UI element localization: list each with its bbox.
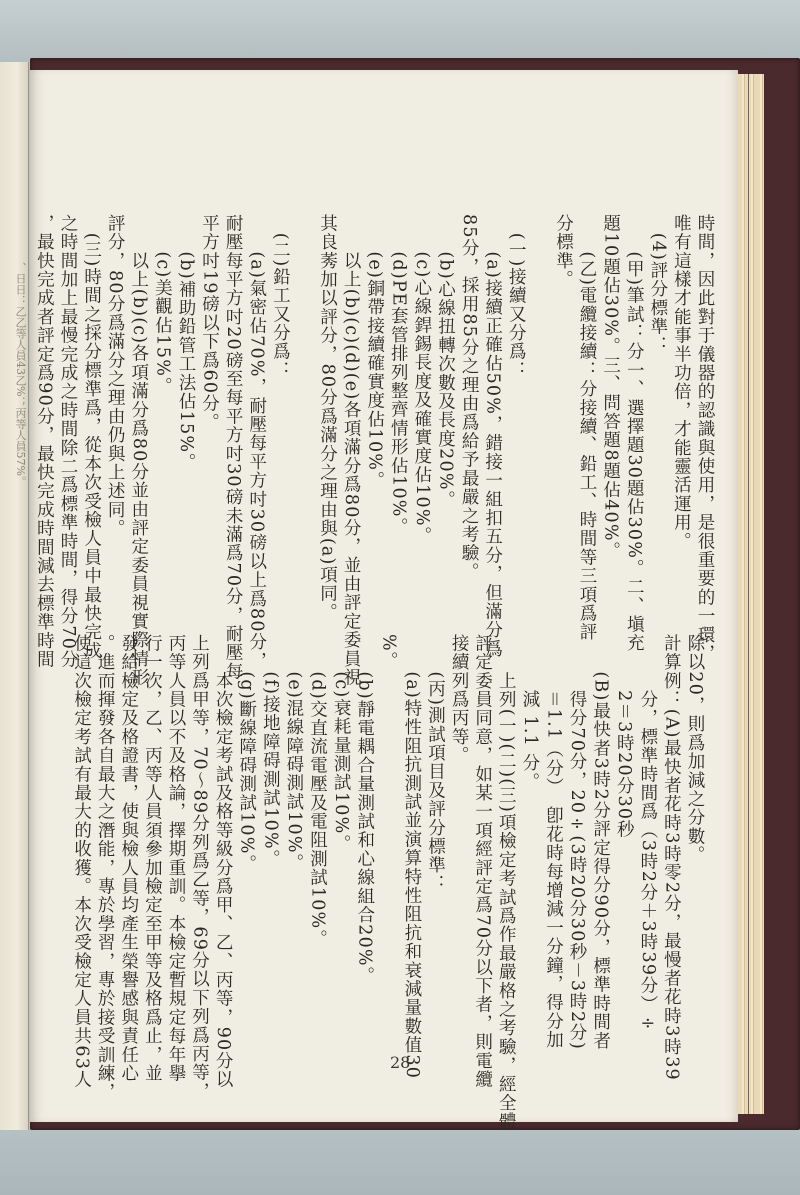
text-line: 評定委員同意，如某一項經評定爲70分以下者，則電纜 — [470, 634, 494, 1039]
text-line: 85分，採用85分之理由爲給予最嚴之考驗。 — [456, 214, 480, 614]
text-line: 使這次檢定考試有最大的收獲。本次受檢定人員共63人 — [69, 634, 93, 1039]
text-line: (c)美觀佔15%。 — [150, 214, 174, 614]
text-line: 平方吋19磅以下爲60分。 — [197, 214, 221, 614]
top-text-block: 時間，因此對于儀器的認識與使用，是很重要的一環，唯有這樣才能事半功倍，才能靈活運… — [32, 214, 716, 614]
text-line: 上列(一)(二)(三)項檢定考試爲作最嚴格之考驗，經全體 — [494, 634, 518, 1039]
text-line: 以上(b)(c)各項滿分爲80分並由評定委員視實際情形 — [126, 214, 150, 614]
background-bottom — [0, 1125, 800, 1195]
text-line: 丙等人員以不及格論，擇期重訓。本檢定暫規定每年擧 — [163, 634, 187, 1039]
left-page-edge: 、日日：乙乙等人員43乙%；丙等人員57%。 — [0, 62, 29, 1130]
text-line: (丙)測試項目及評分標準： — [423, 634, 447, 1039]
text-line: (a)接續正確佔50%，錯接一組扣五分，但滿分爲 — [480, 214, 504, 614]
text-line: (b)靜電耦合量測試和心線組合20%。 — [352, 634, 376, 1039]
text-line: 2＝3時20分30秒 — [612, 634, 636, 1039]
background-top — [0, 0, 800, 62]
text-line: (甲)筆試：分一、選擇題30題佔30%。二、塡充 — [622, 214, 646, 614]
text-line: 上列爲甲等，70～89分列爲乙等，69分以下列爲丙等， — [187, 634, 211, 1039]
text-line: 發給檢定及格證書，使與檢人員均產生榮譽感與責任心 — [116, 634, 140, 1039]
text-line: 之時間加上最慢完成之時間除二爲標準時間，得分70分 — [55, 214, 79, 614]
text-line: 行一次，乙、丙等人員須參加檢定至甲等及格爲止，並 — [140, 634, 164, 1039]
text-line: ，最快完成者評定爲90分，最快完成時間減去標準時間 — [32, 214, 56, 614]
text-line: (e)銅帶接續確實度佔10%。 — [362, 214, 386, 614]
text-line: 本次檢定考試及格等級分爲甲、乙、丙等，90分以 — [211, 634, 235, 1039]
text-line: (b)補助鉛管工法佔15%。 — [173, 214, 197, 614]
text-line: 評分，80分爲滿分之理由仍與上述同。 — [103, 214, 127, 614]
text-line: ＝1.1（分） 卽花時每增減一分鐘，得分加 — [541, 634, 565, 1039]
bottom-text-block: 除以20，則爲加減之分數。計算例：(A)最快者花時3時零2分，最慢者花時3時39… — [69, 634, 706, 1039]
text-line: (a)氣密佔70%，耐壓每平方吋30磅以上爲80分， — [244, 214, 268, 614]
text-line: (c)衰耗量測試10%。 — [329, 634, 353, 1039]
text-line: (d)交直流電壓及電阻測試10%。 — [305, 634, 329, 1039]
text-line: 計算例：(A)最快者花時3時零2分，最慢者花時3時39 — [659, 634, 683, 1039]
text-line: %。 — [376, 634, 400, 1039]
text-line: 以上(b)(c)(d)(e)各項滿分爲80分，並由評定委員視 — [339, 214, 363, 614]
text-line: (d)PE套管排列整齊情形佔10%。 — [386, 214, 410, 614]
text-line: (乙)電纜接續：分接續、鉛工、時間等三項爲評 — [574, 214, 598, 614]
text-line: 接續列爲丙等。 — [446, 634, 470, 1039]
text-line: 得分70分，20÷(3時20分30秒－3時2分) — [564, 634, 588, 1039]
left-page-fragment: 、日日：乙乙等人員43乙%；丙等人員57%。 — [2, 262, 26, 487]
text-line: 其良莠加以評分，80分爲滿分之理由與(a)項同。 — [315, 214, 339, 614]
text-line — [291, 214, 315, 614]
text-line: (B)最快者3時2分評定得分90分，標準時間者 — [588, 634, 612, 1039]
text-line: 減 1.1 分。 — [517, 634, 541, 1039]
text-line: (4)評分標準： — [645, 214, 669, 614]
text-line: 耐壓每平方吋20磅至每平方吋30磅未滿爲70分，耐壓每 — [221, 214, 245, 614]
text-line: 分標準。 — [551, 214, 575, 614]
text-line: (二)鉛工又分爲： — [268, 214, 292, 614]
text-line: (一)接續又分爲： — [504, 214, 528, 614]
text-line: (三)時間之採分標準爲，從本次受檢人員中最快完成 — [79, 214, 103, 614]
text-line: 題10題佔30%。三、問答題8題佔40%。 — [598, 214, 622, 614]
text-line: (b)心線扭轉次數及長度20%。 — [433, 214, 457, 614]
text-line: 唯有這樣才能事半功倍，才能靈活運用。 — [669, 214, 693, 614]
text-line: (c)心線銲錫長度及確實度佔10%。 — [409, 214, 433, 614]
text-line: (e)混線障碍測試10%。 — [281, 634, 305, 1039]
text-line: 除以20，則爲加減之分數。 — [682, 634, 706, 1039]
text-line — [527, 214, 551, 614]
text-line: 時間，因此對于儀器的認識與使用，是很重要的一環， — [692, 214, 716, 614]
page-edges — [738, 74, 764, 1114]
text-line: 。進而揮發各自最大之潛能，專於學習，專於接受訓練， — [93, 634, 117, 1039]
text-line: 分，標準時間爲（3時2分＋3時39分）÷ — [635, 634, 659, 1039]
text-line: (f)接地障碍測試10%。 — [258, 634, 282, 1039]
text-line: (a)特性阻抗測試並演算特性阻抗和衰減量數值30 — [399, 634, 423, 1039]
page-number: 28 — [390, 1053, 410, 1072]
text-line: (g)斷線障碍測試10%。 — [234, 634, 258, 1039]
